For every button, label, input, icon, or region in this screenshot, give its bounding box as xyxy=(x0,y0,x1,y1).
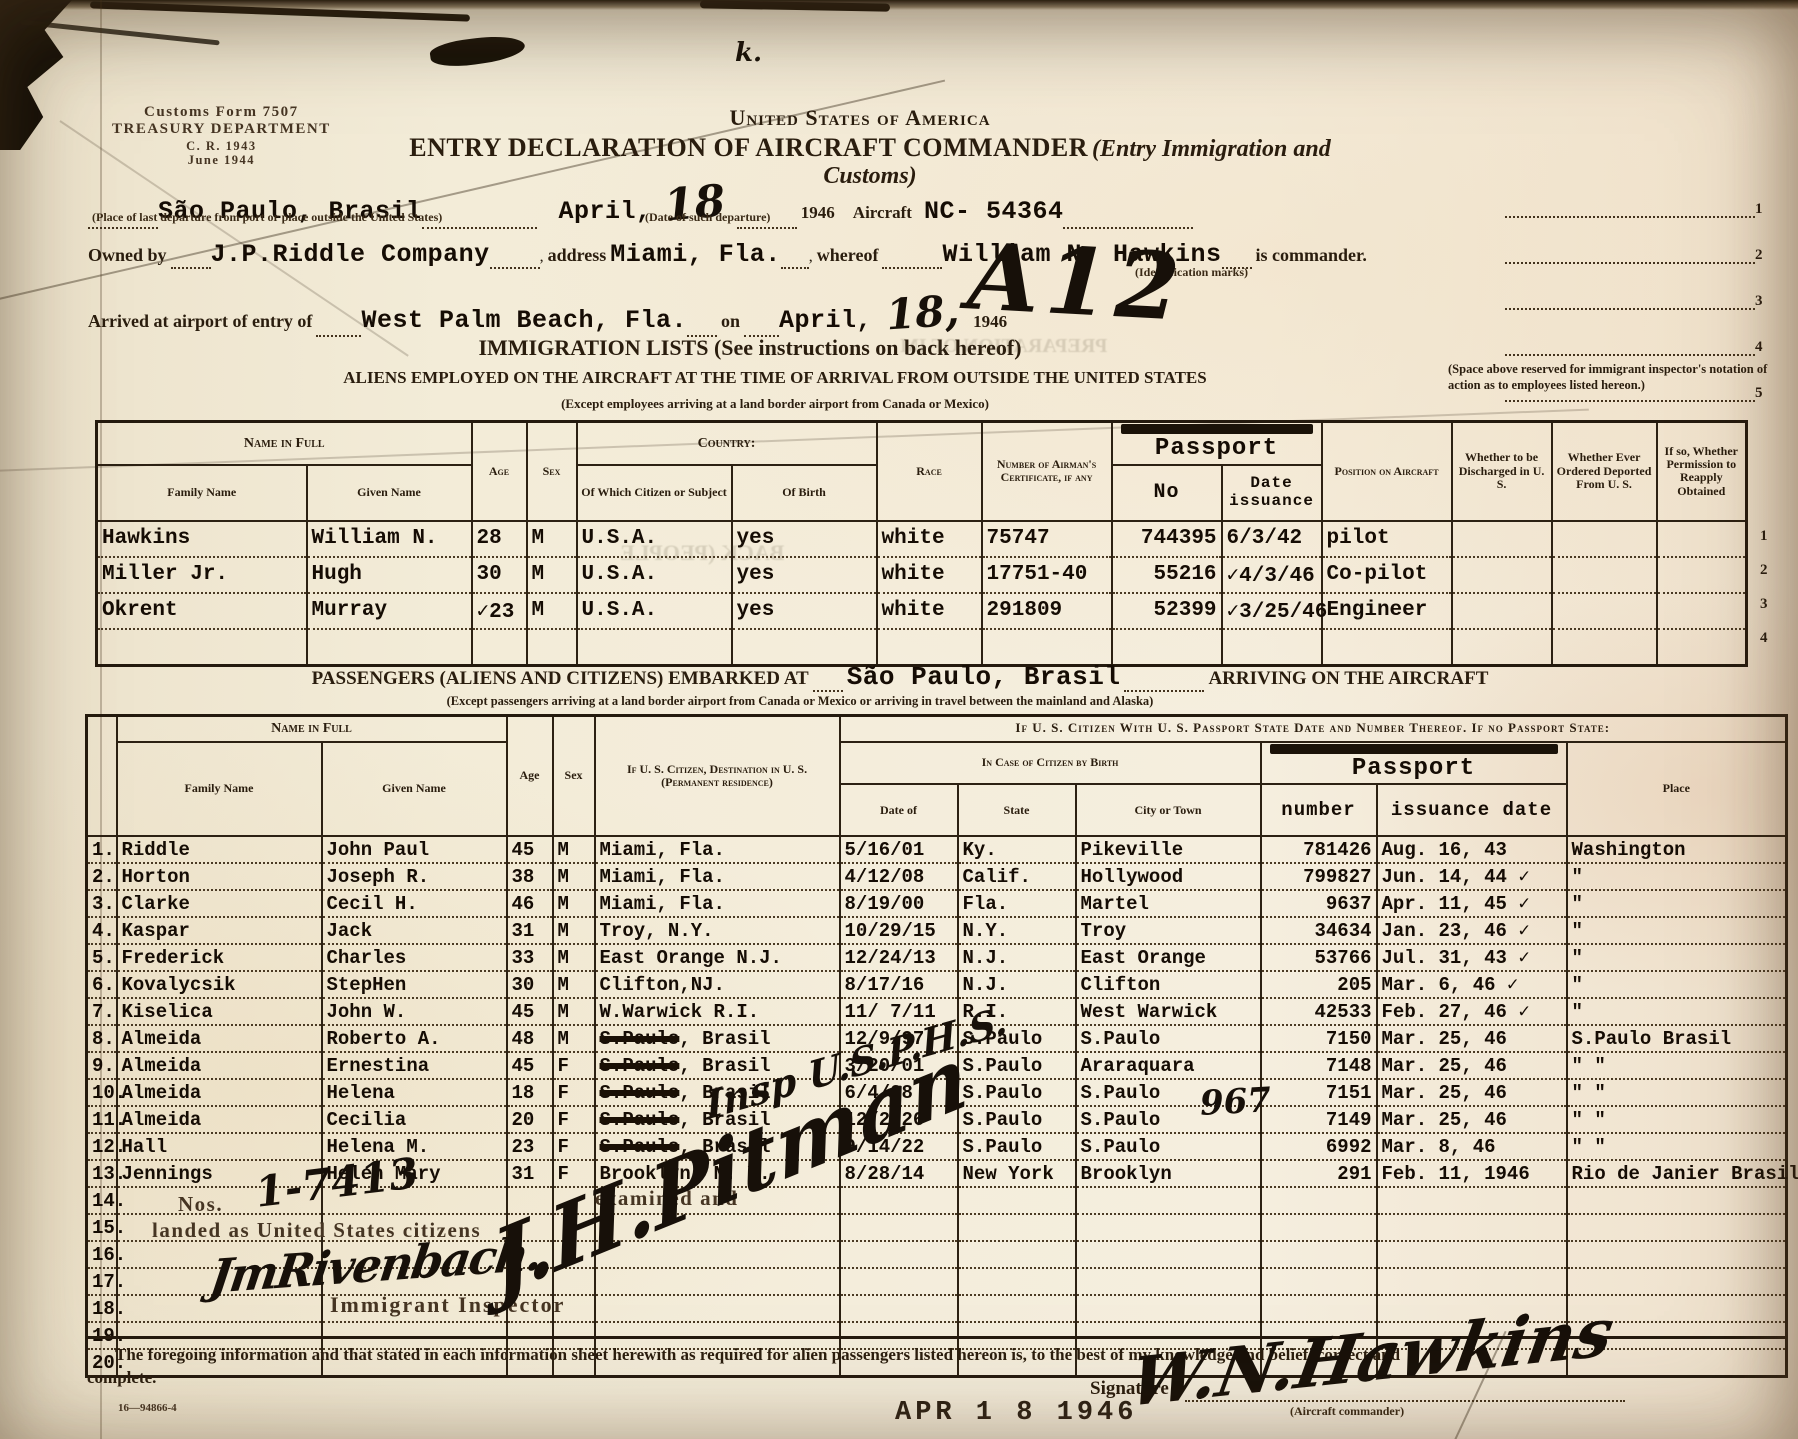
whereof-label: whereof xyxy=(817,245,879,265)
crew-header-position: Position on Aircraft xyxy=(1322,422,1452,521)
cell-sex: M xyxy=(553,836,595,863)
crew-header-name: Name in Full xyxy=(97,422,472,465)
cell-state: S.Paulo xyxy=(958,1133,1076,1160)
dotted-line xyxy=(1505,288,1755,310)
passenger-header-age: Age xyxy=(507,716,553,837)
margin-line-number: 2 xyxy=(1755,247,1763,263)
cell-age: 18 xyxy=(507,1079,553,1106)
cell-num: 13. xyxy=(87,1160,117,1187)
cell-sex: M xyxy=(527,521,577,557)
cell-num: 5. xyxy=(87,944,117,971)
cell-city: West Warwick xyxy=(1076,998,1261,1025)
passenger-header-name: Name in Full xyxy=(117,716,507,742)
cell-position xyxy=(1322,629,1452,666)
table-row: HawkinsWilliam N.28MU.S.A.yeswhite757477… xyxy=(97,521,1747,557)
crew-header-age: Age xyxy=(472,422,527,521)
cell-city xyxy=(1076,1214,1261,1241)
cell-dest xyxy=(595,1295,840,1322)
cell-reapply xyxy=(1657,557,1747,593)
crew-table: Name in Full Age Sex Country: Race Numbe… xyxy=(95,420,1748,667)
cell-ppno xyxy=(1112,629,1222,666)
passenger-header-sex: Sex xyxy=(553,716,595,837)
cell-airman: 291809 xyxy=(982,593,1112,629)
cell-ppno: 7148 xyxy=(1261,1052,1377,1079)
dotted-line xyxy=(1063,207,1193,229)
cell-sex: M xyxy=(553,944,595,971)
cell-state xyxy=(958,1241,1076,1268)
cell-deported xyxy=(1552,629,1657,666)
cell-ppdate xyxy=(1377,1187,1567,1214)
cell-num: 4. xyxy=(87,917,117,944)
cell-ppdate: Mar. 25, 46 xyxy=(1377,1052,1567,1079)
cell-deported xyxy=(1552,593,1657,629)
dotted-line xyxy=(744,315,779,337)
crew-header-discharge: Whether to be Discharged in U. S. xyxy=(1452,422,1552,521)
table-row: 2.HortonJoseph R.38MMiami, Fla.4/12/08Ca… xyxy=(87,863,1787,890)
cell-ppno: 781426 xyxy=(1261,836,1377,863)
passenger-header-passport: Passport xyxy=(1261,742,1567,785)
cell-family: Frederick xyxy=(117,944,322,971)
struck-text: S.Paulo xyxy=(600,1082,680,1104)
cell-ppdate: Feb. 11, 1946 xyxy=(1377,1160,1567,1187)
date-received-stamp: APR 1 8 1946 xyxy=(895,1398,1137,1428)
cell-num: 9. xyxy=(87,1052,117,1079)
arrival-day-handwritten: 18, xyxy=(884,286,960,340)
cell-ppdate: Jan. 23, 46 ✓ xyxy=(1377,917,1567,944)
cell-family: Hall xyxy=(117,1133,322,1160)
dotted-line xyxy=(171,247,211,269)
passenger-header-place: Place xyxy=(1567,742,1787,837)
cell-given: William N. xyxy=(307,521,472,557)
cell-ppdate: Mar. 25, 46 xyxy=(1377,1025,1567,1052)
cell-sex: M xyxy=(553,998,595,1025)
cell-num: 2. xyxy=(87,863,117,890)
aliens-employed-subheading: ALIENS EMPLOYED ON THE AIRCRAFT AT THE T… xyxy=(150,368,1400,388)
form-cr: C. R. 1943 xyxy=(112,139,331,153)
crew-header-deported: Whether Ever Ordered Deported From U. S. xyxy=(1552,422,1657,521)
cell-sex: M xyxy=(553,890,595,917)
cell-airman: 75747 xyxy=(982,521,1112,557)
inspector-notation-handwritten: A12 xyxy=(965,222,1188,341)
passenger-header-rownum xyxy=(87,716,117,837)
cell-family: Hawkins xyxy=(97,521,307,557)
cell-ppno: 55216 xyxy=(1112,557,1222,593)
cell-dob: 8/19/00 xyxy=(840,890,958,917)
cell-family: Miller Jr. xyxy=(97,557,307,593)
cell-city: Clifton xyxy=(1076,971,1261,998)
cell-ppno xyxy=(1261,1187,1377,1214)
dotted-line xyxy=(1505,242,1755,264)
margin-line-number: 1 xyxy=(1755,201,1763,217)
crew-header-sex: Sex xyxy=(527,422,577,521)
passenger-header-ppno: number xyxy=(1261,784,1377,836)
cell-state: New York xyxy=(958,1160,1076,1187)
arrival-airport-value: West Palm Beach, Fla. xyxy=(361,306,687,335)
passenger-ppdate-typed-label: issuance date xyxy=(1391,799,1552,821)
dotted-line xyxy=(1124,670,1204,692)
cell-given: Hugh xyxy=(307,557,472,593)
cell-ppdate xyxy=(1377,1241,1567,1268)
table-row xyxy=(97,629,1747,666)
passenger-header-city: City or Town xyxy=(1076,784,1261,836)
passenger-header-birth-group: In Case of Citizen by Birth xyxy=(840,742,1261,785)
is-commander-label: is commander. xyxy=(1256,245,1367,265)
cell-place: " " xyxy=(1567,1133,1787,1160)
form-department: TREASURY DEPARTMENT xyxy=(112,121,331,138)
crew-margin-number: 4 xyxy=(1760,630,1768,647)
cell-num: 6. xyxy=(87,971,117,998)
passenger-header-ppdate: issuance date xyxy=(1377,784,1567,836)
form-title: ENTRY DECLARATION OF AIRCRAFT COMMANDER xyxy=(409,133,1088,162)
cell-family: Kaspar xyxy=(117,917,322,944)
passenger-exception-note: (Except passengers arriving at a land bo… xyxy=(300,694,1300,709)
cell-discharge xyxy=(1452,521,1552,557)
cell-ppdate: Feb. 27, 46 ✓ xyxy=(1377,998,1567,1025)
cell-age: 31 xyxy=(507,917,553,944)
ink-bleed-through: PREPARATION OF IM xyxy=(900,335,1107,358)
cell-place: Washington xyxy=(1567,836,1787,863)
crew-margin-number: 1 xyxy=(1760,528,1768,545)
cell-ppno: 9637 xyxy=(1261,890,1377,917)
cell-age: 38 xyxy=(507,863,553,890)
cell-dest: Troy, N.Y. xyxy=(595,917,840,944)
struck-text: S.Paulo xyxy=(600,1028,680,1050)
print-code: 16—94866-4 xyxy=(118,1402,177,1414)
cell-sex: M xyxy=(553,971,595,998)
cell-birth xyxy=(732,629,877,666)
cell-city: Martel xyxy=(1076,890,1261,917)
cell-city xyxy=(1076,1241,1261,1268)
cell-dob xyxy=(840,1295,958,1322)
departure-year: 1946 xyxy=(801,203,835,222)
cell-given: Cecilia xyxy=(322,1106,507,1133)
dotted-line xyxy=(1222,247,1252,269)
cell-state xyxy=(958,1214,1076,1241)
cell-family: Clarke xyxy=(117,890,322,917)
cell-given: StepHen xyxy=(322,971,507,998)
departure-month-value: April, xyxy=(559,197,652,226)
passenger-header-given: Given Name xyxy=(322,742,507,837)
cell-place: " xyxy=(1567,890,1787,917)
crew-header-ppdate: Date issuance xyxy=(1222,465,1322,521)
cell-city: Pikeville xyxy=(1076,836,1261,863)
table-row: OkrentMurray✓23MU.S.A.yeswhite2918095239… xyxy=(97,593,1747,629)
cell-state: S.Paulo xyxy=(958,1079,1076,1106)
stray-pen-mark: k. xyxy=(735,38,762,68)
passenger-header-dob: Date of xyxy=(840,784,958,836)
cell-place xyxy=(1567,1241,1787,1268)
dotted-line xyxy=(490,247,540,269)
aircraft-label: Aircraft xyxy=(853,203,912,222)
cell-dest: Miami, Fla. xyxy=(595,890,840,917)
cell-given: Jack xyxy=(322,917,507,944)
owner-value: J.P.Riddle Company xyxy=(211,240,490,269)
crew-header-reapply: If so, Whether Permission to Reapply Obt… xyxy=(1657,422,1747,521)
cell-dob xyxy=(840,1187,958,1214)
crew-margin-number: 2 xyxy=(1760,562,1768,579)
margin-note: (Space above reserved for immigrant insp… xyxy=(1448,362,1793,393)
cell-state xyxy=(958,1268,1076,1295)
crew-header-passport: Passport xyxy=(1112,422,1322,465)
cell-ppno: 53766 xyxy=(1261,944,1377,971)
scanned-form-page: k. Customs Form 7507 TREASURY DEPARTMENT… xyxy=(0,0,1798,1439)
form-edition-date: June 1944 xyxy=(112,153,331,167)
cell-place: " " xyxy=(1567,1079,1787,1106)
cell-num: 1. xyxy=(87,836,117,863)
cell-position: pilot xyxy=(1322,521,1452,557)
cell-age: 33 xyxy=(507,944,553,971)
cell-ppdate: Mar. 25, 46 xyxy=(1377,1106,1567,1133)
cell-ppno: 42533 xyxy=(1261,998,1377,1025)
cell-family xyxy=(97,629,307,666)
cell-deported xyxy=(1552,521,1657,557)
dotted-line xyxy=(687,315,717,337)
cell-given: Murray xyxy=(307,593,472,629)
cell-dest xyxy=(595,1268,840,1295)
address-label: address xyxy=(548,245,607,265)
cell-num: 8. xyxy=(87,1025,117,1052)
cell-city: East Orange xyxy=(1076,944,1261,971)
cell-ppno: 205 xyxy=(1261,971,1377,998)
cell-city xyxy=(1076,1295,1261,1322)
cell-dob xyxy=(840,1241,958,1268)
cell-race: white xyxy=(877,593,982,629)
cell-ppno: 799827 xyxy=(1261,863,1377,890)
cell-ppdate: Aug. 16, 43 xyxy=(1377,836,1567,863)
cell-state: N.J. xyxy=(958,944,1076,971)
cell-place: " xyxy=(1567,998,1787,1025)
form-number: Customs Form 7507 xyxy=(112,104,331,121)
cell-dob: 12/24/13 xyxy=(840,944,958,971)
cell-given: Ernestina xyxy=(322,1052,507,1079)
struck-text: S.Paulo xyxy=(600,1055,680,1077)
cell-ppdate: ✓4/3/46 xyxy=(1222,557,1322,593)
cell-place: S.Paulo Brasil xyxy=(1567,1025,1787,1052)
departure-date-caption: (Date of such departure) xyxy=(645,210,770,225)
embark-place-value: São Paulo, Brasil xyxy=(847,662,1121,692)
cell-ppno xyxy=(1261,1214,1377,1241)
cell-sex: F xyxy=(553,1133,595,1160)
cell-ppno: 7151 xyxy=(1261,1079,1377,1106)
cell-reapply xyxy=(1657,593,1747,629)
cell-ppno: 34634 xyxy=(1261,917,1377,944)
cell-family: Almeida xyxy=(117,1079,322,1106)
cell-state: S.Paulo xyxy=(958,1106,1076,1133)
cell-ppno: 52399 xyxy=(1112,593,1222,629)
cell-family: Horton xyxy=(117,863,322,890)
dotted-line xyxy=(1505,196,1755,218)
cell-age: 28 xyxy=(472,521,527,557)
cell-age: 20 xyxy=(507,1106,553,1133)
passenger-ppno-typed-label: number xyxy=(1281,799,1355,821)
cell-ppno xyxy=(1261,1268,1377,1295)
cell-dest: East Orange N.J. xyxy=(595,944,840,971)
cell-sex: M xyxy=(553,1025,595,1052)
passenger-header-dest: If U. S. Citizen, Destination in U. S. (… xyxy=(595,716,840,837)
cell-num: 12. xyxy=(87,1133,117,1160)
cell-ppdate: 6/3/42 xyxy=(1222,521,1322,557)
cell-discharge xyxy=(1452,557,1552,593)
cell-ppno: 6992 xyxy=(1261,1133,1377,1160)
cell-ppdate: ✓3/25/46 xyxy=(1222,593,1322,629)
cell-sex xyxy=(527,629,577,666)
margin-line-number: 4 xyxy=(1755,339,1763,355)
cell-dest: S.Paulo, Brasil xyxy=(595,1025,840,1052)
cell-ppdate: Jul. 31, 43 ✓ xyxy=(1377,944,1567,971)
cell-ppdate: Jun. 14, 44 ✓ xyxy=(1377,863,1567,890)
cell-family: Almeida xyxy=(117,1025,322,1052)
crew-header-citizen: Of Which Citizen or Subject xyxy=(577,465,732,521)
cell-airman: 17751-40 xyxy=(982,557,1112,593)
form-identifier-block: Customs Form 7507 TREASURY DEPARTMENT C.… xyxy=(112,104,331,167)
cell-dest: Clifton,NJ. xyxy=(595,971,840,998)
dotted-line xyxy=(813,670,843,692)
cell-ppdate: Mar. 8, 46 xyxy=(1377,1133,1567,1160)
crew-exception-note: (Except employees arriving at a land bor… xyxy=(350,396,1200,412)
signature-caption: (Aircraft commander) xyxy=(1290,1404,1404,1419)
cell-num: 18. xyxy=(87,1295,117,1322)
cell-age: 30 xyxy=(507,971,553,998)
crew-table-body: HawkinsWilliam N.28MU.S.A.yeswhite757477… xyxy=(97,521,1747,666)
cell-ppdate xyxy=(1377,1268,1567,1295)
cell-family: Almeida xyxy=(117,1106,322,1133)
cell-race: white xyxy=(877,521,982,557)
cell-sex: M xyxy=(553,863,595,890)
cell-num: 10. xyxy=(87,1079,117,1106)
cell-family: Almeida xyxy=(117,1052,322,1079)
crew-header-birth: Of Birth xyxy=(732,465,877,521)
cell-dest: Miami, Fla. xyxy=(595,836,840,863)
cell-city: S.Paulo xyxy=(1076,1025,1261,1052)
cell-ppdate: Apr. 11, 45 ✓ xyxy=(1377,890,1567,917)
crew-header-family: Family Name xyxy=(97,465,307,521)
cell-given: John Paul xyxy=(322,836,507,863)
passengers-heading-line: PASSENGERS (ALIENS AND CITIZENS) EMBARKE… xyxy=(150,662,1650,692)
struck-text: S.Paulo xyxy=(600,1109,680,1131)
owner-line: Owned by J.P.Riddle Company, address Mia… xyxy=(88,240,1488,269)
cell-race: white xyxy=(877,557,982,593)
cell-airman xyxy=(982,629,1112,666)
cell-ppno: 7150 xyxy=(1261,1025,1377,1052)
table-row: 5.FrederickCharles33MEast Orange N.J.12/… xyxy=(87,944,1787,971)
arrival-month-value: April, xyxy=(779,306,872,335)
crew-ppdate-typed-label: Date issuance xyxy=(1229,474,1314,510)
crew-passport-typed-label: Passport xyxy=(1155,435,1278,462)
table-row: Miller Jr.Hugh30MU.S.A.yeswhite17751-405… xyxy=(97,557,1747,593)
passenger-header-family: Family Name xyxy=(117,742,322,837)
cell-place: " xyxy=(1567,971,1787,998)
cell-position: Engineer xyxy=(1322,593,1452,629)
cell-state: Fla. xyxy=(958,890,1076,917)
passenger-dest-label: If U. S. Citizen, Destination in U. S. xyxy=(627,762,807,776)
cell-dob xyxy=(840,1268,958,1295)
passengers-heading-suffix: ARRIVING ON THE AIRCRAFT xyxy=(1208,668,1488,689)
cell-place: " xyxy=(1567,944,1787,971)
dotted-line xyxy=(1505,334,1755,356)
cell-state: N.Y. xyxy=(958,917,1076,944)
crew-header-ppno: No xyxy=(1112,465,1222,521)
cell-dob: 5/16/01 xyxy=(840,836,958,863)
cell-num: 11. xyxy=(87,1106,117,1133)
passengers-heading-prefix: PASSENGERS (ALIENS AND CITIZENS) EMBARKE… xyxy=(312,668,809,689)
passenger-dest-sublabel: (Permanent residence) xyxy=(661,775,773,789)
cell-city: Hollywood xyxy=(1076,863,1261,890)
cell-city: Araraquara xyxy=(1076,1052,1261,1079)
cell-position: Co-pilot xyxy=(1322,557,1452,593)
table-row: 4.KasparJack31MTroy, N.Y.10/29/15N.Y.Tro… xyxy=(87,917,1787,944)
cell-age: 48 xyxy=(507,1025,553,1052)
cell-ppdate xyxy=(1222,629,1322,666)
cell-race xyxy=(877,629,982,666)
cell-ppno: 744395 xyxy=(1112,521,1222,557)
cell-num: 14. xyxy=(87,1187,117,1214)
cell-place: " " xyxy=(1567,1106,1787,1133)
cell-state xyxy=(958,1295,1076,1322)
departure-place-caption: (Place of last departure from port or pl… xyxy=(92,210,442,225)
cell-given: Cecil H. xyxy=(322,890,507,917)
cell-citizen xyxy=(577,629,732,666)
passenger-header-state: State xyxy=(958,784,1076,836)
cell-city: Brooklyn xyxy=(1076,1160,1261,1187)
cell-num: 7. xyxy=(87,998,117,1025)
cell-city: Troy xyxy=(1076,917,1261,944)
aircraft-marks-value: NC- 54364 xyxy=(924,197,1064,226)
crew-margin-number: 3 xyxy=(1760,596,1768,613)
cell-place: " xyxy=(1567,917,1787,944)
cell-birth: yes xyxy=(732,593,877,629)
cell-reapply xyxy=(1657,521,1747,557)
cell-city xyxy=(1076,1187,1261,1214)
cell-discharge xyxy=(1452,593,1552,629)
cell-state xyxy=(958,1187,1076,1214)
cell-num: 16. xyxy=(87,1241,117,1268)
cell-reapply xyxy=(1657,629,1747,666)
cell-place xyxy=(1567,1187,1787,1214)
cell-age: 45 xyxy=(507,1052,553,1079)
passenger-header-band: If U. S. Citizen With U. S. Passport Sta… xyxy=(840,716,1787,742)
ink-bleed-through: BACK (PEOPLE xyxy=(620,540,784,566)
cell-given: Joseph R. xyxy=(322,863,507,890)
cell-sex: M xyxy=(553,917,595,944)
cell-dob: 10/29/15 xyxy=(840,917,958,944)
cell-family: Kovalycsik xyxy=(117,971,322,998)
cell-ppno: 291 xyxy=(1261,1160,1377,1187)
cell-age: 31 xyxy=(507,1160,553,1187)
cell-given: John W. xyxy=(322,998,507,1025)
cell-ppdate xyxy=(1377,1214,1567,1241)
cell-sex: F xyxy=(553,1052,595,1079)
cell-dest: Miami, Fla. xyxy=(595,863,840,890)
passenger-passport-typed-label: Passport xyxy=(1352,755,1475,782)
cell-state: S.Paulo xyxy=(958,1052,1076,1079)
crew-header-airman: Number of Airman's Certificate, if any xyxy=(982,422,1112,521)
cell-age: ✓23 xyxy=(472,593,527,629)
cell-place xyxy=(1567,1268,1787,1295)
cell-given: Charles xyxy=(322,944,507,971)
cell-dob: 8/17/16 xyxy=(840,971,958,998)
cell-age: 46 xyxy=(507,890,553,917)
cell-age: 45 xyxy=(507,998,553,1025)
owned-by-label: Owned by xyxy=(88,245,167,265)
cell-ppno: 7149 xyxy=(1261,1106,1377,1133)
cell-dob: 4/12/08 xyxy=(840,863,958,890)
cell-sex: M xyxy=(527,557,577,593)
cell-citizen: U.S.A. xyxy=(577,593,732,629)
cell-family: Kiselica xyxy=(117,998,322,1025)
cell-given: Helena xyxy=(322,1079,507,1106)
dotted-line xyxy=(316,315,361,337)
crew-header-country: Country: xyxy=(577,422,877,465)
